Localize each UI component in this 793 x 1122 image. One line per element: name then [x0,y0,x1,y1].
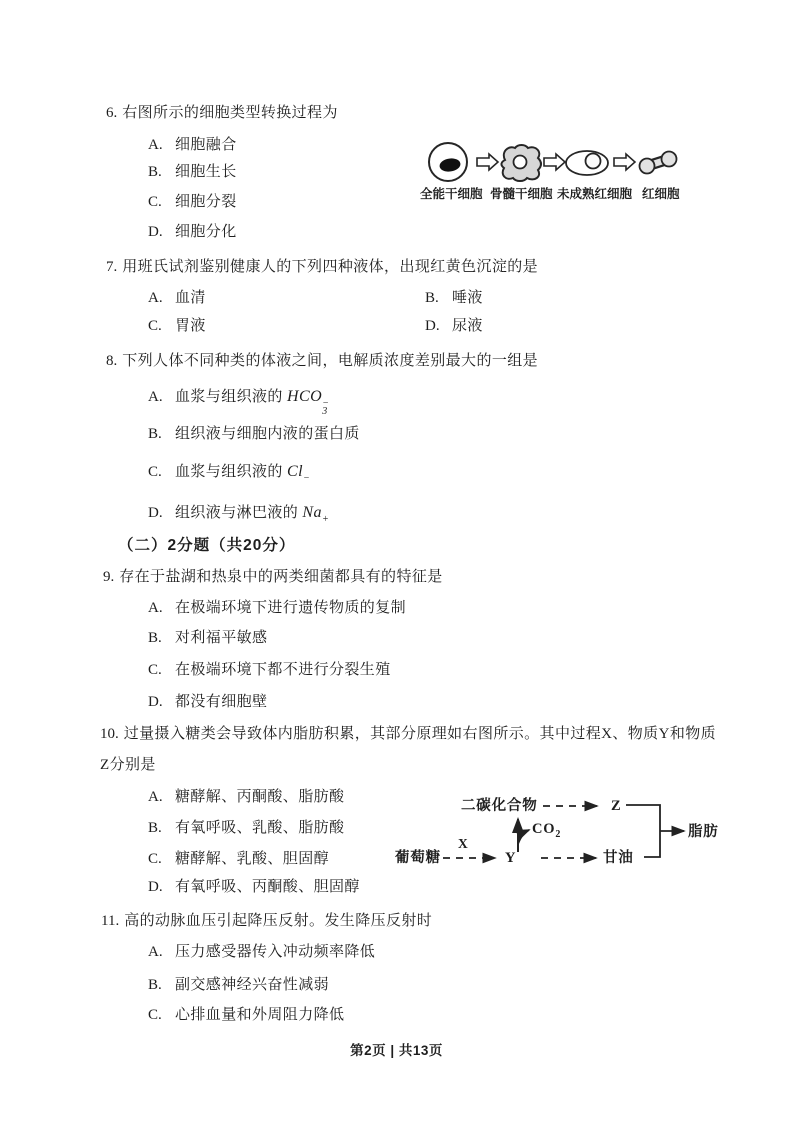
section-2-header: （二）2分题（共20分） [118,537,295,554]
q9-option-b-letter: B. [148,630,175,647]
red-cell-lobe-shape [662,152,677,167]
step-arrow-icon [544,154,565,170]
label-glycerol: 甘油 [603,850,634,866]
co2-subscript: 2 [555,829,561,840]
q6-option-a: A.细胞融合 [148,137,237,154]
q8-option-d: D.组织液与淋巴液的 Na+ [148,504,329,524]
q8-option-c-text: 血浆与组织液的 [175,464,287,480]
q10-option-a-letter: A. [148,789,175,806]
question-8-stem-text: 下列人体不同种类的体液之间，电解质浓度差别最大的一组是 [122,353,538,369]
q10-option-b: B.有氧呼吸、乳酸、脂肪酸 [148,820,344,837]
q10-option-d-text: 有氧呼吸、丙酮酸、胆固醇 [175,879,360,895]
q6-option-d: D.细胞分化 [148,224,237,241]
label-immature-red-cell: 未成熟红细胞 [557,184,632,202]
q10-option-d-letter: D. [148,879,175,896]
question-10-stem-line2: Z分别是 [100,757,156,774]
q11-option-c-letter: C. [148,1007,175,1024]
q9-option-c: C.在极端环境下都不进行分裂生殖 [148,662,391,679]
question-7-stem: 7.用班氏试剂鉴别健康人的下列四种液体，出现红黄色沉淀的是 [106,259,538,276]
q9-option-a-letter: A. [148,600,175,617]
q7-options-row-1: A.血清 B.唾液 [148,290,206,307]
q10-option-a: A.糖酵解、丙酮酸、脂肪酸 [148,789,344,806]
q7-option-b: B.唾液 [425,290,483,307]
q8-option-c-formula: Cl [287,463,303,480]
q8-option-c-subsup: − [303,475,310,483]
q6-cell-diagram: 全能干细胞 骨髓干细胞 未成熟红细胞 红细胞 [420,133,705,203]
formula-superscript: − [303,475,310,483]
label-co2: CO2 [532,821,561,843]
q8-option-d-formula: Na [302,504,322,521]
q8-option-a: A.血浆与组织液的 HCO−3 [148,388,329,415]
q7-option-c-text: 胃液 [175,318,206,334]
q8-option-a-subsup: −3 [322,400,329,415]
exam-page: 6.右图所示的细胞类型转换过程为 A.细胞融合 B.细胞生长 C.细胞分裂 D.… [0,0,793,1122]
q10-option-b-letter: B. [148,820,175,837]
label-substance-y: Y [505,850,516,866]
q11-option-a-text: 压力感受器传入冲动频率降低 [175,944,375,960]
q8-option-d-subsup: + [322,516,329,524]
q7-option-c-letter: C. [148,318,175,335]
label-process-x: X [458,836,469,852]
q8-option-b-text: 组织液与细胞内液的蛋白质 [175,426,360,442]
curved-arrow-to-co2 [518,830,529,844]
q8-option-a-formula: HCO [287,388,322,405]
label-marrow-stem-cell: 骨髓干细胞 [490,184,553,202]
q11-option-b: B.副交感神经兴奋性减弱 [148,977,329,994]
q9-option-d: D.都没有细胞壁 [148,694,267,711]
q9-option-c-letter: C. [148,662,175,679]
q7-option-d: D.尿液 [425,318,483,335]
q11-option-c: C.心排血量和外周阻力降低 [148,1007,344,1024]
label-two-carbon-compound: 二碳化合物 [461,798,538,814]
q9-option-b: B.对利福平敏感 [148,630,267,647]
q7-option-a-letter: A. [148,290,175,307]
label-fat: 脂肪 [688,824,719,840]
co2-base: CO [532,821,555,837]
q11-option-a-letter: A. [148,944,175,961]
q6-option-b: B.细胞生长 [148,164,237,181]
question-7-number: 7. [106,259,117,275]
q8-option-b: B.组织液与细胞内液的蛋白质 [148,426,360,443]
question-6-stem-text: 右图所示的细胞类型转换过程为 [122,105,338,121]
q6-option-c-letter: C. [148,194,175,211]
question-8-number: 8. [106,353,117,369]
q10-option-c-text: 糖酵解、乳酸、胆固醇 [175,851,329,867]
q8-option-b-letter: B. [148,426,175,443]
red-cell-lobe-shape [640,159,655,174]
q8-option-a-text: 血浆与组织液的 [175,389,287,405]
question-10-number: 10. [100,726,119,742]
q9-option-d-text: 都没有细胞壁 [175,694,267,710]
q7-option-d-letter: D. [425,318,452,335]
q10-option-c: C.糖酵解、乳酸、胆固醇 [148,851,329,868]
q10-option-c-letter: C. [148,851,175,868]
q6-option-d-letter: D. [148,224,175,241]
q10-option-a-text: 糖酵解、丙酮酸、脂肪酸 [175,789,344,805]
q9-option-a-text: 在极端环境下进行遗传物质的复制 [175,600,406,616]
question-6-number: 6. [106,105,117,121]
formula-superscript: + [322,516,329,524]
question-11-stem: 11.高的动脉血压引起降压反射。发生降压反射时 [101,913,432,930]
q8-option-d-text: 组织液与淋巴液的 [175,505,302,521]
question-9-stem: 9.存在于盐湖和热泉中的两类细菌都具有的特征是 [103,569,443,586]
page-footer: 第2页 | 共13页 [0,1039,793,1059]
q7-option-a: A.血清 [148,290,206,306]
q9-option-c-text: 在极端环境下都不进行分裂生殖 [175,662,391,678]
q9-option-a: A.在极端环境下进行遗传物质的复制 [148,600,406,617]
label-glucose: 葡萄糖 [395,850,441,866]
q10-option-d: D.有氧呼吸、丙酮酸、胆固醇 [148,879,360,896]
q10-option-b-text: 有氧呼吸、乳酸、脂肪酸 [175,820,344,836]
q7-option-c: C.胃液 [148,318,206,334]
q8-option-c-letter: C. [148,464,175,481]
question-8-stem: 8.下列人体不同种类的体液之间，电解质浓度差别最大的一组是 [106,353,538,370]
question-10-stem-line1: 10.过量摄入糖类会导致体内脂肪积累，其部分原理如右图所示。其中过程X、物质Y和… [100,726,716,743]
question-9-stem-text: 存在于盐湖和热泉中的两类细菌都具有的特征是 [119,569,442,585]
q6-option-b-letter: B. [148,164,175,181]
step-arrow-icon [614,154,635,170]
question-11-number: 11. [101,913,119,929]
q11-option-a: A.压力感受器传入冲动频率降低 [148,944,375,961]
question-11-stem-text: 高的动脉血压引起降压反射。发生降压反射时 [124,913,432,929]
question-7-stem-text: 用班氏试剂鉴别健康人的下列四种液体，出现红黄色沉淀的是 [122,259,538,275]
q6-option-d-text: 细胞分化 [175,224,237,240]
q11-option-c-text: 心排血量和外周阻力降低 [175,1007,344,1023]
q7-option-d-text: 尿液 [452,318,483,334]
q11-option-b-letter: B. [148,977,175,994]
cell-sequence-illustration [420,133,705,185]
q9-option-d-letter: D. [148,694,175,711]
q8-option-a-letter: A. [148,389,175,406]
q6-option-a-letter: A. [148,137,175,154]
label-substance-z: Z [611,798,621,814]
formula-subscript: 3 [322,408,327,416]
label-red-cell: 红细胞 [642,184,680,202]
q6-option-c-text: 细胞分裂 [175,194,237,210]
q8-option-c: C.血浆与组织液的 Cl− [148,463,310,483]
q8-option-d-letter: D. [148,505,175,522]
q6-option-a-text: 细胞融合 [175,137,237,153]
immature-cell-nucleus-shape [586,154,601,169]
q7-options-row-2: C.胃液 D.尿液 [148,318,206,335]
label-totipotent-stem-cell: 全能干细胞 [420,184,483,202]
step-arrow-icon [477,154,498,170]
question-6-stem: 6.右图所示的细胞类型转换过程为 [106,105,338,122]
q7-option-b-letter: B. [425,290,452,307]
marrow-cell-nucleus-shape [514,156,527,169]
q10-pathway-diagram: 二碳化合物 Z CO2 葡萄糖 X Y 甘油 脂肪 [393,788,728,880]
question-9-number: 9. [103,569,114,585]
q6-option-c: C.细胞分裂 [148,194,237,211]
q11-option-b-text: 副交感神经兴奋性减弱 [175,977,329,993]
question-10-stem-text-1: 过量摄入糖类会导致体内脂肪积累，其部分原理如右图所示。其中过程X、物质Y和物质 [124,726,716,742]
q6-option-b-text: 细胞生长 [175,164,237,180]
q7-option-b-text: 唾液 [452,290,483,306]
q9-option-b-text: 对利福平敏感 [175,630,267,646]
q7-option-a-text: 血清 [175,290,206,306]
